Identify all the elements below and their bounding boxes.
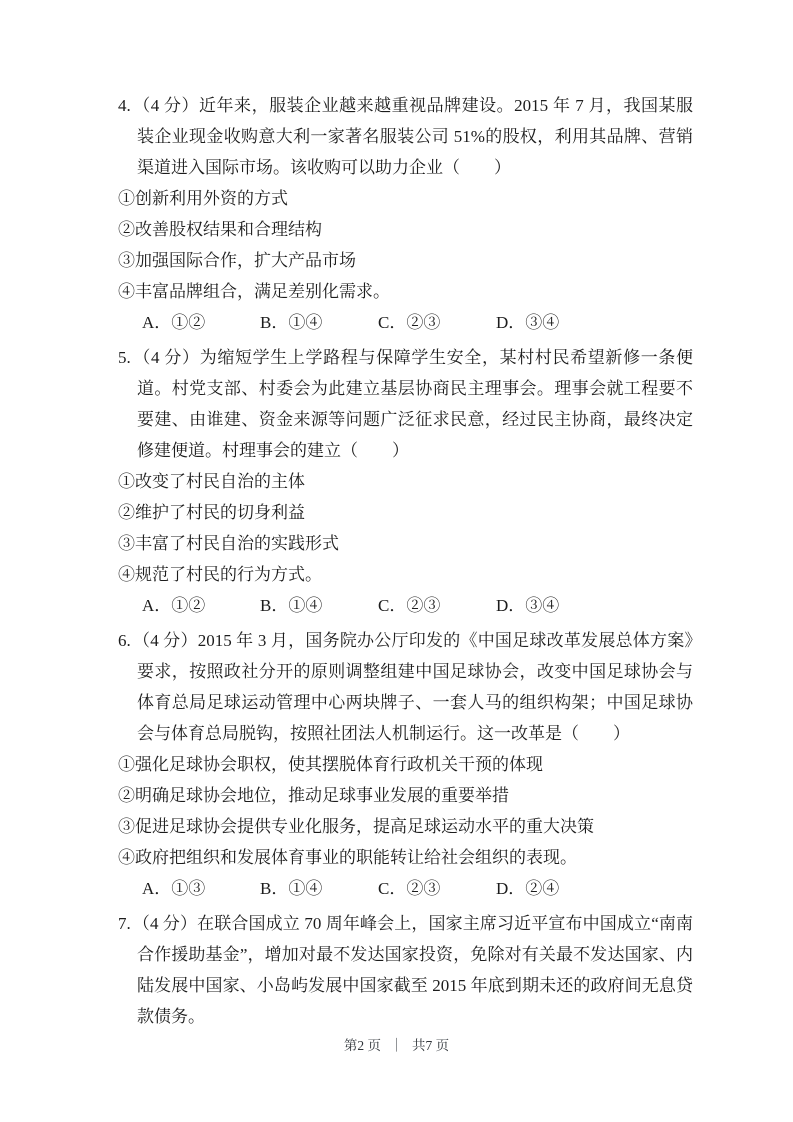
option-d: D．③④ [496, 307, 559, 338]
question-number: 5. [118, 348, 133, 367]
question-7: 7.（4 分）在联合国成立 70 周年峰会上，国家主席习近平宣布中国成立“南南合… [118, 908, 693, 1032]
question-text: 在联合国成立 70 周年峰会上，国家主席习近平宣布中国成立“南南合作援助基金”，… [137, 914, 693, 1026]
question-text: 2015 年 3 月，国务院办公厅印发的《中国足球改革发展总体方案》要求，按照政… [137, 631, 693, 743]
option-b: B．①④ [260, 873, 378, 904]
answer-options-row: A．①③ B．①④ C．②③ D．②④ [118, 873, 693, 904]
answer-options-row: A．①② B．①④ C．②③ D．③④ [118, 307, 693, 338]
question-points: （4 分） [133, 914, 197, 933]
choice-item: ③加强国际合作，扩大产品市场 [118, 245, 693, 276]
footer-separator: ｜ [390, 1036, 403, 1057]
question-stem: 5.（4 分）为缩短学生上学路程与保障学生安全，某村村民希望新修一条便道。村党支… [118, 342, 693, 466]
choice-item: ②维护了村民的切身利益 [118, 497, 693, 528]
question-number: 7. [118, 914, 133, 933]
option-b: B．①④ [260, 307, 378, 338]
choice-item: ①创新利用外资的方式 [118, 183, 693, 214]
answer-options-row: A．①② B．①④ C．②③ D．③④ [118, 590, 693, 621]
question-6: 6.（4 分）2015 年 3 月，国务院办公厅印发的《中国足球改革发展总体方案… [118, 625, 693, 904]
page-content: 4.（4 分）近年来，服装企业越来越重视品牌建设。2015 年 7 月，我国某服… [118, 90, 693, 1032]
option-d: D．②④ [496, 873, 559, 904]
current-page-label: 第2 页 [344, 1036, 381, 1056]
question-points: （4 分） [133, 348, 200, 367]
option-c: C．②③ [378, 873, 496, 904]
question-points: （4 分） [133, 631, 198, 650]
question-stem: 6.（4 分）2015 年 3 月，国务院办公厅印发的《中国足球改革发展总体方案… [118, 625, 693, 749]
option-a: A．①② [142, 307, 260, 338]
choice-item: ④丰富品牌组合，满足差别化需求。 [118, 276, 693, 307]
option-a: A．①② [142, 590, 260, 621]
total-pages-label: 共7 页 [412, 1036, 449, 1056]
choice-item: ②明确足球协会地位，推动足球事业发展的重要举措 [118, 780, 693, 811]
question-stem: 7.（4 分）在联合国成立 70 周年峰会上，国家主席习近平宣布中国成立“南南合… [118, 908, 693, 1032]
question-4: 4.（4 分）近年来，服装企业越来越重视品牌建设。2015 年 7 月，我国某服… [118, 90, 693, 338]
option-b: B．①④ [260, 590, 378, 621]
question-number: 4. [118, 96, 133, 115]
option-c: C．②③ [378, 590, 496, 621]
question-5: 5.（4 分）为缩短学生上学路程与保障学生安全，某村村民希望新修一条便道。村党支… [118, 342, 693, 621]
choice-item: ④政府把组织和发展体育事业的职能转让给社会组织的表现。 [118, 842, 693, 873]
option-d: D．③④ [496, 590, 559, 621]
question-number: 6. [118, 631, 133, 650]
question-text: 近年来，服装企业越来越重视品牌建设。2015 年 7 月，我国某服装企业现金收购… [137, 96, 693, 177]
choice-item: ③丰富了村民自治的实践形式 [118, 528, 693, 559]
page-footer: 第2 页 ｜ 共7 页 [0, 1036, 793, 1056]
choice-item: ①改变了村民自治的主体 [118, 466, 693, 497]
choice-item: ③促进足球协会提供专业化服务，提高足球运动水平的重大决策 [118, 811, 693, 842]
question-text: 为缩短学生上学路程与保障学生安全，某村村民希望新修一条便道。村党支部、村委会为此… [137, 348, 693, 460]
question-points: （4 分） [133, 96, 199, 115]
choice-item: ①强化足球协会职权，使其摆脱体育行政机关干预的体现 [118, 749, 693, 780]
exam-paper-page: 4.（4 分）近年来，服装企业越来越重视品牌建设。2015 年 7 月，我国某服… [0, 0, 793, 1122]
question-stem: 4.（4 分）近年来，服装企业越来越重视品牌建设。2015 年 7 月，我国某服… [118, 90, 693, 183]
choice-item: ④规范了村民的行为方式。 [118, 559, 693, 590]
choice-item: ②改善股权结果和合理结构 [118, 214, 693, 245]
option-a: A．①③ [142, 873, 260, 904]
option-c: C．②③ [378, 307, 496, 338]
